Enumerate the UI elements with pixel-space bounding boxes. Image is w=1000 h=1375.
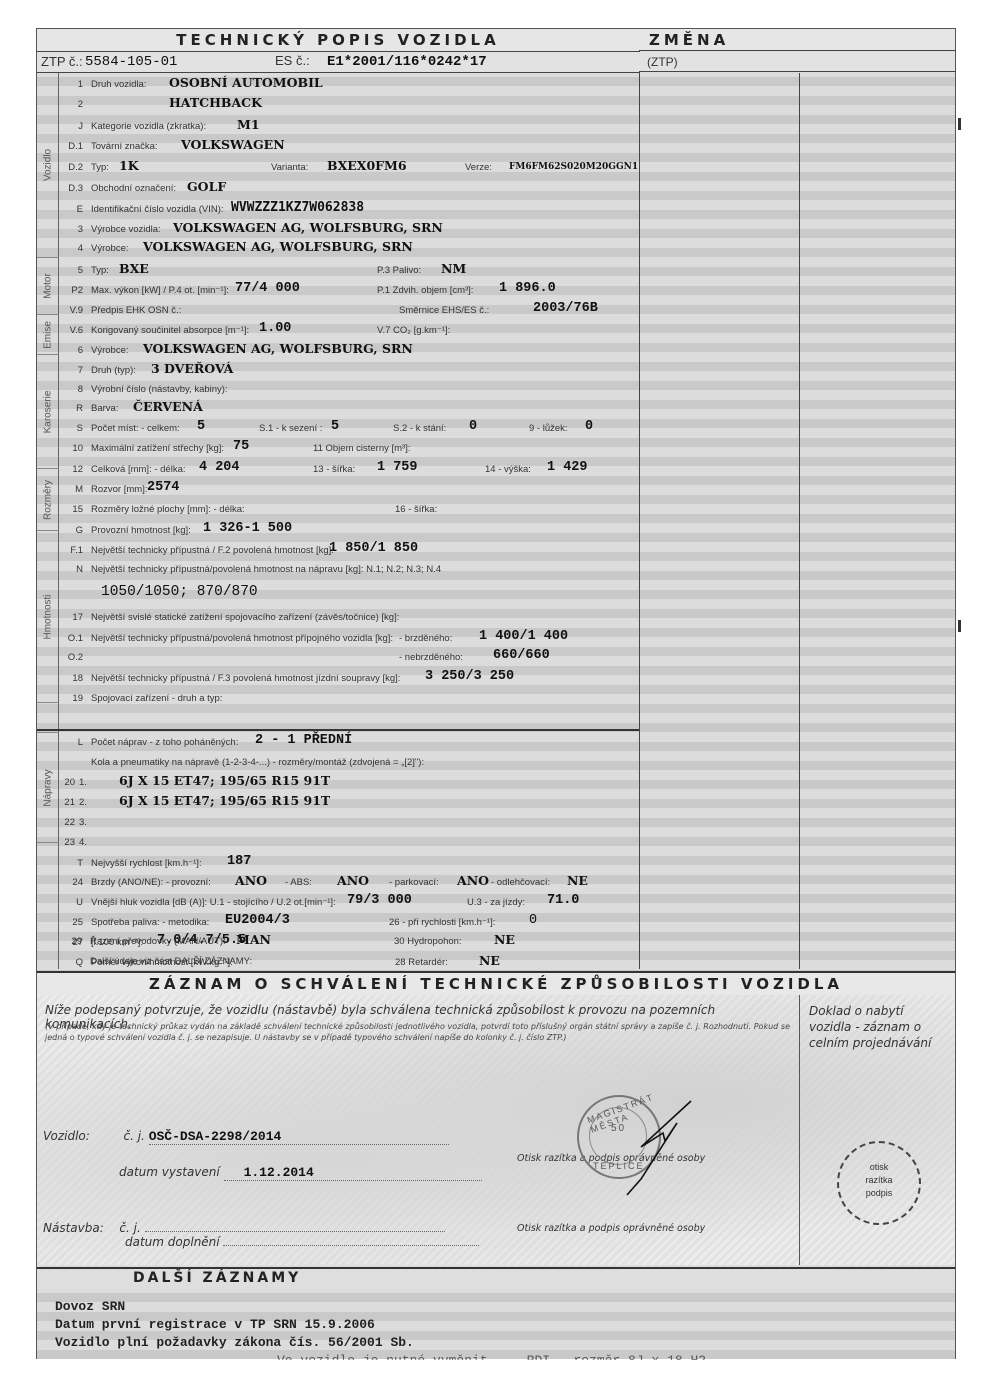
row-label: Největší technicky přípustná/povolená hm… (91, 633, 393, 644)
engine-type-value: BXE (119, 261, 149, 276)
row-code: G (59, 525, 83, 536)
row-label: Počet míst: - celkem: (91, 423, 180, 434)
row-code: 6 (59, 345, 83, 356)
row-label: Maximální zatížení střechy [kg]: (91, 443, 224, 454)
row-trade-name: D.3 Obchodní označení: GOLF (59, 179, 639, 198)
row-label: Max. výkon [kW] / P.4 ot. [min⁻¹]: (91, 285, 229, 296)
row-code: J (59, 121, 83, 132)
row-label: Druh vozidla: (91, 79, 146, 90)
row-label: Spotřeba paliva: - metodika: (91, 917, 209, 928)
record-line: Datum první registrace v TP SRN 15.9.200… (55, 1317, 375, 1332)
row-code: 2 (59, 99, 83, 110)
manufacturer-value: VOLKSWAGEN AG, WOLFSBURG, SRN (173, 220, 443, 235)
row-code: 18 (59, 673, 83, 684)
document-title: TECHNICKÝ POPIS VOZIDLA (37, 29, 640, 52)
row-body-type: 2 HATCHBACK (59, 95, 639, 114)
row-code: O.1 (59, 633, 83, 644)
binder-mark (958, 620, 961, 632)
row-code: P2 (59, 285, 83, 296)
color-value: ČERVENÁ (133, 399, 203, 414)
row-coupling-load: 17 Největší svislé statické zatížení spo… (59, 608, 639, 627)
signature-icon (37, 995, 955, 1265)
row-axle-weight-value: 1050/1050; 870/870 (59, 584, 639, 606)
row-trailer-braked: O.1 Největší technicky přípustná/povolen… (59, 629, 639, 648)
row-code: T (59, 858, 83, 869)
row-code: 22 (59, 817, 75, 828)
row-code: O.2 (59, 652, 83, 663)
section-label: Hmotnosti (42, 594, 53, 639)
column-divider (799, 73, 800, 969)
relief-brake-label: - odlehčovací: (491, 877, 550, 888)
body-kind-value: 3 DVEŘOVÁ (151, 361, 233, 376)
row-code: R (59, 403, 83, 414)
section-label: Motor (42, 273, 53, 299)
section-other (37, 843, 59, 969)
braked-value: 1 400/1 400 (479, 629, 568, 644)
row-code: 12 (59, 464, 83, 475)
row-vin: E Identifikační číslo vozidla (VIN): WVW… (59, 200, 639, 219)
row-code: 7 (59, 365, 83, 376)
row-fuel-consumption: 25 Spotřeba paliva: - metodika: EU2004/3… (59, 913, 639, 932)
row-code: V.6 (59, 325, 83, 336)
row-label: Kola a pneumatiky na nápravě (1-2-3-4-..… (91, 757, 424, 768)
records-title: DALŠÍ ZÁZNAMY (133, 1270, 301, 1286)
row-wheels-heading: Kola a pneumatiky na nápravě (1-2-3-4-..… (59, 753, 639, 772)
row-engine-manufacturer: 4 Výrobce: VOLKSWAGEN AG, WOLFSBURG, SRN (59, 239, 639, 258)
standing-value: 0 (469, 419, 477, 434)
row-label: Typ: (91, 162, 109, 173)
row-category: J Kategorie vozidla (zkratka): M1 (59, 117, 639, 136)
row-combination-weight: 18 Největší technicky přípustná / F.3 po… (59, 669, 639, 688)
row-noise: U Vnější hluk vozidla [dB (A)]: U.1 - st… (59, 893, 639, 912)
row-body-kind: 7 Druh (typ): 3 DVEŘOVÁ (59, 361, 639, 380)
row-make: D.1 Tovární značka: VOLKSWAGEN (59, 137, 639, 156)
stamp-placeholder: otisk razítka podpis (837, 1141, 921, 1225)
row-code: 21 (59, 797, 75, 808)
row-code: 25 (59, 917, 83, 928)
row-vehicle-kind: 1 Druh vozidla: OSOBNÍ AUTOMOBIL (59, 75, 639, 94)
engine-manufacturer-value: VOLKSWAGEN AG, WOLFSBURG, SRN (143, 239, 413, 254)
body-type-value: HATCHBACK (169, 95, 262, 110)
seated-label: S.1 - k sezení : (259, 423, 322, 434)
beds-value: 0 (585, 419, 593, 434)
absorption-value: 1.00 (259, 321, 291, 336)
row-label: Typ: (91, 265, 109, 276)
row-roof-load: 10 Maximální zatížení střechy [kg]: 75 1… (59, 439, 639, 458)
row-manufacturer: 3 Výrobce vozidla: VOLKSWAGEN AG, WOLFSB… (59, 220, 639, 239)
section-napravy: Nápravy (37, 733, 59, 843)
row-code: 4 (59, 243, 83, 254)
row-code: M (59, 484, 83, 495)
braked-label: - brzděného: (399, 633, 452, 644)
row-label: Celková [mm]: - délka: (91, 464, 186, 475)
speed-value: 0 (529, 913, 537, 928)
height-value: 1 429 (547, 460, 588, 475)
section-vozidlo: Vozidlo (37, 73, 59, 258)
row-code: F.1 (59, 545, 83, 556)
vin-value: WVWZZZ1KZ7W062838 (231, 200, 364, 215)
type-value: 1K (119, 158, 139, 173)
version-label: Verze: (465, 162, 492, 173)
gearbox-value: MAN (236, 932, 271, 947)
row-label: Řazení převodovky (MAN/AUT): (90, 936, 226, 947)
parking-brake-label: - parkovací: (389, 877, 439, 888)
section-rozmery: Rozměry (37, 469, 59, 531)
row-label: Výrobce vozidla: (91, 224, 161, 235)
row-label: Vnější hluk vozidla [dB (A)]: U.1 - stoj… (91, 897, 336, 908)
axle-number: 2. (79, 797, 87, 808)
row-label: Rozvor [mm]: (91, 484, 147, 495)
more-info-label: Další údaje viz část DALŠÍ ZÁZNAMY: (90, 956, 252, 967)
variant-value: BXEX0FM6 (327, 158, 407, 173)
axle-number: 4. (79, 837, 87, 848)
row-label: Největší technicky přípustná/povolená hm… (91, 564, 441, 575)
row-code: 19 (59, 693, 83, 704)
row-code: 8 (59, 384, 83, 395)
row-code: L (59, 737, 83, 748)
row-label: Druh (typ): (91, 365, 136, 376)
section-emise: Emise (37, 315, 59, 355)
ztp-label: ZTP č.: (41, 54, 83, 69)
column-divider (639, 73, 640, 969)
row-label: Brzdy (ANO/NE): - provozní: (91, 877, 211, 888)
row-code: V.9 (59, 305, 83, 316)
fuel-value: NM (441, 261, 466, 276)
approval-title: ZÁZNAM O SCHVÁLENÍ TECHNICKÉ ZPŮSOBILOST… (37, 971, 955, 996)
variant-label: Varianta: (271, 162, 308, 173)
supplement-date-label: datum doplnění (125, 1235, 220, 1249)
directive-value: 2003/76B (533, 301, 598, 316)
displacement-label: P.1 Zdvih. objem [cm³]: (377, 285, 473, 296)
max-power-value: 77/4 000 (235, 281, 300, 296)
circle-line: otisk (839, 1161, 919, 1174)
displacement-value: 1 896.0 (499, 281, 556, 296)
drive-noise-label: U.3 - za jízdy: (467, 897, 525, 908)
wheelbase-value: 2574 (147, 480, 179, 495)
row-code: 17 (59, 612, 83, 623)
beds-label: 9 - lůžek: (529, 423, 568, 434)
row-color: R Barva: ČERVENÁ (59, 399, 639, 418)
service-brake-value: ANO (235, 873, 267, 888)
row-seats: S Počet míst: - celkem: 5 S.1 - k sezení… (59, 419, 639, 438)
max-weight-value: 1 850/1 850 (329, 541, 418, 556)
hydro-label: 30 Hydropohon: (394, 936, 462, 947)
record-line: Dovoz SRN (55, 1299, 125, 1314)
directive-label: Směrnice EHS/ES č.: (399, 305, 489, 316)
operating-weight-value: 1 326-1 500 (203, 521, 292, 536)
section-karoserie: Karoserie (37, 355, 59, 469)
row-absorption: V.6 Korigovaný součinitel absorpce [m⁻¹]… (59, 321, 639, 340)
records-header: DALŠÍ ZÁZNAMY (37, 1267, 955, 1289)
row-label: Největší technicky přípustná / F.2 povol… (91, 545, 334, 556)
row-code: N (59, 564, 83, 575)
record-line: Vozidlo plní požadavky zákona čís. 56/20… (55, 1335, 414, 1350)
es-label: ES č.: (275, 53, 310, 68)
cargo-width-label: 16 - šířka: (395, 504, 437, 515)
abs-label: - ABS: (285, 877, 312, 888)
drive-noise-value: 71.0 (547, 893, 579, 908)
row-label: Spojovací zařízení - druh a typ: (91, 693, 222, 704)
row-body-serial: 8 Výrobní číslo (nástavby, kabiny): (59, 380, 639, 399)
binder-mark (958, 118, 961, 130)
row-wheels-axle-2: 21 2. 6J X 15 ET47; 195/65 R15 91T (59, 793, 639, 812)
seated-value: 5 (331, 419, 339, 434)
circle-line: podpis (839, 1187, 919, 1200)
body-manufacturer-value: VOLKSWAGEN AG, WOLFSBURG, SRN (143, 341, 413, 356)
height-label: 14 - výška: (485, 464, 531, 475)
combination-weight-value: 3 250/3 250 (425, 669, 514, 684)
row-label: Kategorie vozidla (zkratka): (91, 121, 206, 132)
unbraked-label: - nebrzděného: (399, 652, 463, 663)
row-max-speed: T Nejvyšší rychlost [km.h⁻¹]: 187 (59, 854, 639, 873)
row-type: D.2 Typ: 1K Varianta: BXEX0FM6 Verze: FM… (59, 158, 639, 177)
unbraked-value: 660/660 (493, 648, 550, 663)
seats-total-value: 5 (197, 419, 205, 434)
row-code: 24 (59, 877, 83, 888)
row-label: Počet náprav - z toho poháněných: (91, 737, 238, 748)
row-code: D.3 (59, 183, 83, 194)
row-ece-regulation: V.9 Předpis EHK OSN č.: Směrnice EHS/ES … (59, 301, 639, 320)
axles-value: 2 - 1 PŘEDNÍ (255, 733, 352, 748)
section-separator (37, 729, 639, 731)
co2-label: V.7 CO₂ [g.km⁻¹]: (377, 325, 450, 336)
row-trailer-unbraked: O.2 - nebrzděného: 660/660 (59, 648, 639, 667)
width-value: 1 759 (377, 460, 418, 475)
row-coupling-type: 19 Spojovací zařízení - druh a typ: (59, 689, 639, 708)
roof-load-value: 75 (233, 439, 249, 454)
trade-name-value: GOLF (187, 179, 226, 194)
vehicle-kind-value: OSOBNÍ AUTOMOBIL (169, 75, 323, 90)
row-body-manufacturer: 6 Výrobce: VOLKSWAGEN AG, WOLFSBURG, SRN (59, 341, 639, 360)
row-code: D.2 (59, 162, 83, 173)
abs-value: ANO (337, 873, 369, 888)
change-subtitle: (ZTP) (639, 52, 955, 72)
wheels-axle-1-value: 6J X 15 ET47; 195/65 R15 91T (119, 773, 330, 788)
row-code: D.1 (59, 141, 83, 152)
wheels-axle-2-value: 6J X 15 ET47; 195/65 R15 91T (119, 793, 330, 808)
change-title: ZMĚNA (639, 29, 955, 51)
row-code: 3 (59, 224, 83, 235)
row-label: Identifikační číslo vozidla (VIN): (91, 204, 224, 215)
row-code: 23 (59, 837, 75, 848)
row-label: Korigovaný součinitel absorpce [m⁻¹]: (91, 325, 249, 336)
row-label: Největší technicky přípustná / F.3 povol… (91, 673, 400, 684)
section-motor: Motor (37, 258, 59, 315)
row-code: 10 (59, 443, 83, 454)
row-code: 20 (59, 777, 75, 788)
row-cargo-dimensions: 15 Rozměry ložné plochy [mm]: - délka: 1… (59, 500, 639, 519)
section-label: Emise (42, 321, 53, 349)
section-label: Karoserie (42, 390, 53, 433)
row-label: Obchodní označení: (91, 183, 176, 194)
row-operating-weight: G Provozní hmotnost [kg]: 1 326-1 500 (59, 521, 639, 540)
supplement-date-line: datum doplnění (125, 1235, 479, 1249)
axle-number: 3. (79, 817, 87, 828)
row-code: 5 (59, 265, 83, 276)
row-axle-weight-label: N Největší technicky přípustná/povolená … (59, 560, 639, 579)
row-code: 15 (59, 504, 83, 515)
stationary-noise-value: 79/3 000 (347, 893, 412, 908)
relief-brake-value: NE (567, 873, 588, 888)
hydro-value: NE (494, 932, 515, 947)
row-engine-type: 5 Typ: BXE P.3 Palivo: NM (59, 261, 639, 280)
stamp-caption-body: Otisk razítka a podpis oprávněné osoby (517, 1223, 705, 1234)
row-max-weight: F.1 Největší technicky přípustná / F.2 p… (59, 541, 639, 560)
circle-line: razítka (839, 1174, 919, 1187)
es-value: E1*2001/116*0242*17 (327, 54, 487, 70)
row-label: Výrobce: (91, 243, 129, 254)
parking-brake-value: ANO (457, 873, 489, 888)
row-label: Nejvyšší rychlost [km.h⁻¹]: (91, 858, 202, 869)
category-value: M1 (237, 117, 260, 132)
row-wheels-axle-1: 20 1. 6J X 15 ET47; 195/65 R15 91T (59, 773, 639, 792)
approval-section: Níže podepsaný potvrzuje, že vozidlu (ná… (37, 995, 955, 1265)
section-label: Vozidlo (42, 149, 53, 181)
row-code: E (59, 204, 83, 215)
version-value: FM6FM62S020M20GGN1 (509, 162, 638, 172)
row-brakes: 24 Brzdy (ANO/NE): - provozní: ANO - ABS… (59, 873, 639, 892)
row-gearbox: 29 Řazení převodovky (MAN/AUT): MAN 30 H… (58, 952, 638, 972)
row-dimensions: 12 Celková [mm]: - délka: 4 204 13 - šíř… (59, 460, 639, 479)
ztp-row: ZTP č.: 5584-105-01 ES č.: E1*2001/116*0… (37, 52, 640, 73)
row-label: Předpis EHK OSN č.: (91, 305, 181, 316)
axle-weight-value: 1050/1050; 870/870 (101, 584, 258, 600)
fuel-method-value: EU2004/3 (225, 913, 290, 928)
supplement-date-field[interactable] (223, 1245, 479, 1246)
axle-number: 1. (79, 777, 87, 788)
row-wheelbase: M Rozvor [mm]: 2574 (59, 480, 639, 499)
speed-label: 26 - při rychlosti [km.h⁻¹]: (389, 917, 495, 928)
row-code: U (59, 897, 83, 908)
records-body: Dovoz SRN Datum první registrace v TP SR… (37, 1289, 955, 1359)
vehicle-data-table: Vozidlo Motor Emise Karoserie Rozměry Hm… (37, 73, 639, 969)
standing-label: S.2 - k stání: (393, 423, 446, 434)
row-wheels-axle-3: 22 3. (59, 813, 639, 832)
row-label: Barva: (91, 403, 118, 414)
width-label: 13 - šířka: (313, 464, 355, 475)
make-value: VOLKSWAGEN (181, 137, 285, 152)
section-label: Nápravy (42, 769, 53, 806)
row-label: Výrobní číslo (nástavby, kabiny): (91, 384, 228, 395)
length-value: 4 204 (199, 460, 240, 475)
row-label: Rozměry ložné plochy [mm]: - délka: (91, 504, 245, 515)
row-label: Provozní hmotnost [kg]: (91, 525, 191, 536)
row-code: S (59, 423, 83, 434)
section-hmotnosti: Hmotnosti (37, 531, 59, 703)
fuel-label: P.3 Palivo: (377, 265, 421, 276)
row-label: Tovární značka: (91, 141, 158, 152)
row-label: Největší svislé statické zatížení spojov… (91, 612, 399, 623)
record-line: Ve vozidle je nutné vyměnit ... RDI - ro… (277, 1353, 706, 1368)
ztp-value: 5584-105-01 (85, 54, 177, 70)
row-label: Výrobce: (91, 345, 129, 356)
row-max-power: P2 Max. výkon [kW] / P.4 ot. [min⁻¹]: 77… (59, 281, 639, 300)
technical-description-sheet: TECHNICKÝ POPIS VOZIDLA ZMĚNA ZTP č.: 55… (36, 28, 956, 1359)
row-code: 1 (59, 79, 83, 90)
row-code: 29 (58, 936, 82, 947)
row-axles: L Počet náprav - z toho poháněných: 2 - … (59, 733, 639, 752)
row-wheels-axle-4: 23 4. (59, 833, 639, 852)
tank-label: 11 Objem cisterny [m³]: (313, 443, 411, 454)
max-speed-value: 187 (227, 854, 251, 869)
section-label: Rozměry (42, 479, 53, 519)
